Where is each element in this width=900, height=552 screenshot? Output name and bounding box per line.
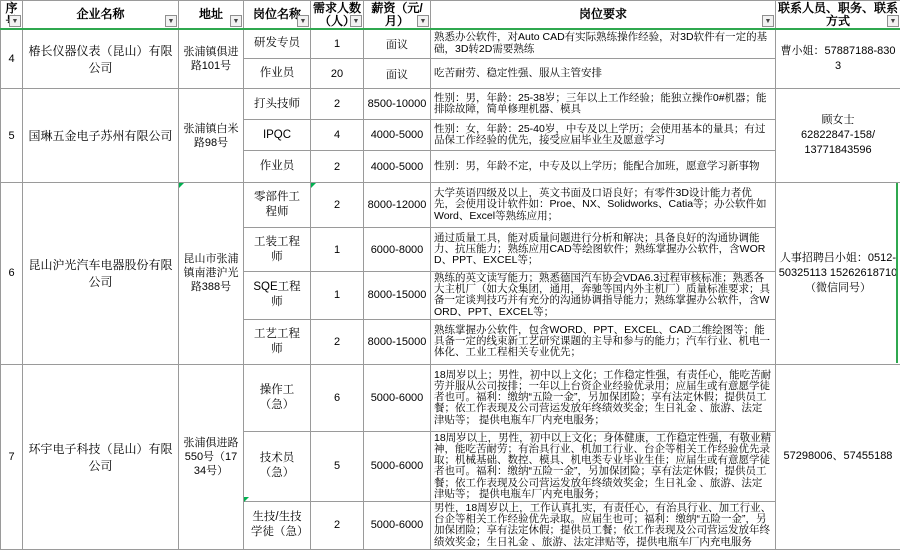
autofilter-dropdown-icon[interactable]: ▼ xyxy=(417,15,429,27)
header-job-requirements[interactable]: 岗位要求▼ xyxy=(431,1,776,29)
position-headcount-cell[interactable]: 1 xyxy=(311,228,364,272)
header-label: 薪资（元/月） xyxy=(371,1,422,28)
position-title-cell[interactable]: 零部件工程师 xyxy=(244,183,311,228)
header-position-name[interactable]: 岗位名称▼ xyxy=(244,1,311,29)
position-salary-cell[interactable]: 5000-6000 xyxy=(364,431,431,501)
position-headcount-cell[interactable]: 20 xyxy=(311,59,364,89)
serial-number-cell[interactable]: 5 xyxy=(1,89,23,183)
position-requirements-cell[interactable]: 性别：女，年龄：25-40岁，中专及以上学历；会使用基本的量具；有过品保工作经验… xyxy=(431,120,776,151)
header-company-name[interactable]: 企业名称▼ xyxy=(23,1,179,29)
position-headcount-cell[interactable]: 2 xyxy=(311,151,364,183)
company-contact-cell[interactable]: 曹小姐：57887188-8303 xyxy=(776,29,900,89)
position-salary-cell[interactable]: 8000-15000 xyxy=(364,272,431,320)
header-label: 企业名称 xyxy=(76,7,124,21)
table-header-row: 序号▼ 企业名称▼ 地址▼ 岗位名称▼ 需求人数（人）▼ 薪资（元/月）▼ 岗位… xyxy=(1,1,900,29)
position-title-cell[interactable]: 研发专员 xyxy=(244,29,311,59)
header-label: 岗位要求 xyxy=(579,7,627,21)
position-requirements-cell[interactable]: 大学英语四级及以上，英文书面及口语良好；有零件3D设计能力者优先，会使用设计软件… xyxy=(431,183,776,228)
company-address-cell[interactable]: 昆山市张浦镇南港沪光路388号 xyxy=(179,183,244,365)
company-name-cell[interactable]: 昆山沪光汽车电器股份有限公司 xyxy=(23,183,179,365)
position-row: 6昆山沪光汽车电器股份有限公司昆山市张浦镇南港沪光路388号零部件工程师2800… xyxy=(1,183,900,228)
position-salary-cell[interactable]: 8500-10000 xyxy=(364,89,431,120)
position-salary-cell[interactable]: 5000-6000 xyxy=(364,364,431,431)
serial-number-cell[interactable]: 6 xyxy=(1,183,23,365)
position-salary-cell[interactable]: 8000-15000 xyxy=(364,319,431,364)
position-headcount-cell[interactable]: 2 xyxy=(311,183,364,228)
company-name-cell[interactable]: 国琳五金电子苏州有限公司 xyxy=(23,89,179,183)
autofilter-dropdown-icon[interactable]: ▼ xyxy=(230,15,242,27)
position-requirements-cell[interactable]: 熟练的英文读写能力；熟悉德国汽车协会VDA6.3过程审核标准；熟悉各大主机厂（如… xyxy=(431,272,776,320)
position-title-cell[interactable]: 工艺工程师 xyxy=(244,319,311,364)
position-headcount-cell[interactable]: 2 xyxy=(311,89,364,120)
position-headcount-cell[interactable]: 1 xyxy=(311,272,364,320)
position-title-cell[interactable]: 技术员（急） xyxy=(244,431,311,501)
company-contact-cell[interactable]: 人事招聘吕小姐：0512- 50325113 15262618710 （微信同号… xyxy=(776,183,900,365)
header-salary[interactable]: 薪资（元/月）▼ xyxy=(364,1,431,29)
header-label: 联系人员、职务、联系方式 xyxy=(778,1,898,28)
position-salary-cell[interactable]: 8000-12000 xyxy=(364,183,431,228)
position-title-cell[interactable]: SQE工程师 xyxy=(244,272,311,320)
company-name-cell[interactable]: 椿长仪器仪表（昆山）有限公司 xyxy=(23,29,179,89)
position-row: 4椿长仪器仪表（昆山）有限公司张浦镇俱进路101号研发专员1面议熟悉办公软件，对… xyxy=(1,29,900,59)
autofilter-dropdown-icon[interactable]: ▼ xyxy=(762,15,774,27)
position-headcount-cell[interactable]: 1 xyxy=(311,29,364,59)
autofilter-dropdown-icon[interactable]: ▼ xyxy=(165,15,177,27)
position-row: 7环宇电子科技（昆山）有限公司张浦俱进路550号（1734号）操作工（急）650… xyxy=(1,364,900,431)
company-name-cell[interactable]: 环宇电子科技（昆山）有限公司 xyxy=(23,364,179,549)
position-title-cell[interactable]: 作业员 xyxy=(244,59,311,89)
position-headcount-cell[interactable]: 2 xyxy=(311,502,364,550)
position-title-cell[interactable]: 工装工程师 xyxy=(244,228,311,272)
position-title-cell[interactable]: 作业员 xyxy=(244,151,311,183)
position-title-cell[interactable]: 生技/生技学徒（急） xyxy=(244,502,311,550)
position-requirements-cell[interactable]: 熟悉办公软件，对Auto CAD有实际熟练操作经验，对3D软件有一定的基础，3D… xyxy=(431,29,776,59)
header-label: 岗位名称 xyxy=(253,7,301,21)
position-requirements-cell[interactable]: 性别：男，年龄：25-38岁；三年以上工作经验；能独立操作0#机器；能排除故障，… xyxy=(431,89,776,120)
autofilter-dropdown-icon[interactable]: ▼ xyxy=(9,15,21,27)
header-label: 地址 xyxy=(199,7,223,21)
position-salary-cell[interactable]: 4000-5000 xyxy=(364,120,431,151)
position-requirements-cell[interactable]: 男性，18周岁以上，工作认真扎实，有责任心，有治具行业、加工行业、台企等相关工作… xyxy=(431,502,776,550)
company-contact-cell[interactable]: 顾女士 62822847-158/ 13771843596 xyxy=(776,89,900,183)
serial-number-cell[interactable]: 4 xyxy=(1,29,23,89)
header-serial-number[interactable]: 序号▼ xyxy=(1,1,23,29)
position-title-cell[interactable]: 操作工（急） xyxy=(244,364,311,431)
table-body: 4椿长仪器仪表（昆山）有限公司张浦镇俱进路101号研发专员1面议熟悉办公软件，对… xyxy=(1,29,900,550)
position-salary-cell[interactable]: 面议 xyxy=(364,29,431,59)
autofilter-dropdown-icon[interactable]: ▼ xyxy=(887,15,899,27)
company-contact-cell[interactable]: 57298006、57455188 xyxy=(776,364,900,549)
company-address-cell[interactable]: 张浦镇俱进路101号 xyxy=(179,29,244,89)
position-headcount-cell[interactable]: 2 xyxy=(311,319,364,364)
autofilter-dropdown-icon[interactable]: ▼ xyxy=(350,15,362,27)
position-title-cell[interactable]: 打头技师 xyxy=(244,89,311,120)
position-salary-cell[interactable]: 5000-6000 xyxy=(364,502,431,550)
company-address-cell[interactable]: 张浦镇白米路98号 xyxy=(179,89,244,183)
position-salary-cell[interactable]: 6000-8000 xyxy=(364,228,431,272)
autofilter-dropdown-icon[interactable]: ▼ xyxy=(297,15,309,27)
position-requirements-cell[interactable]: 18周岁以上；男性，初中以上文化；工作稳定性强，有责任心，能吃苦耐劳并服从公司按… xyxy=(431,364,776,431)
company-address-cell[interactable]: 张浦俱进路550号（1734号） xyxy=(179,364,244,549)
position-salary-cell[interactable]: 4000-5000 xyxy=(364,151,431,183)
position-requirements-cell[interactable]: 通过质量工具，能对质量问题进行分析和解决；具备良好的沟通协调能力、抗压能力；熟练… xyxy=(431,228,776,272)
position-title-cell[interactable]: IPQC xyxy=(244,120,311,151)
position-headcount-cell[interactable]: 6 xyxy=(311,364,364,431)
position-requirements-cell[interactable]: 18周岁以上，男性，初中以上文化；身体健康，工作稳定性强，有敬业精神，能吃苦耐劳… xyxy=(431,431,776,501)
position-salary-cell[interactable]: 面议 xyxy=(364,59,431,89)
position-headcount-cell[interactable]: 4 xyxy=(311,120,364,151)
position-requirements-cell[interactable]: 吃苦耐劳、稳定性强、服从主管安排 xyxy=(431,59,776,89)
header-headcount[interactable]: 需求人数（人）▼ xyxy=(311,1,364,29)
spreadsheet-viewport: 序号▼ 企业名称▼ 地址▼ 岗位名称▼ 需求人数（人）▼ 薪资（元/月）▼ 岗位… xyxy=(0,0,900,552)
position-requirements-cell[interactable]: 熟练掌握办公软件，包含WORD、PPT、EXCEL、CAD二维绘图等；能具备一定… xyxy=(431,319,776,364)
recruitment-table: 序号▼ 企业名称▼ 地址▼ 岗位名称▼ 需求人数（人）▼ 薪资（元/月）▼ 岗位… xyxy=(0,0,900,550)
header-contact-info[interactable]: 联系人员、职务、联系方式▼ xyxy=(776,1,900,29)
position-row: 5国琳五金电子苏州有限公司张浦镇白米路98号打头技师28500-10000性别：… xyxy=(1,89,900,120)
serial-number-cell[interactable]: 7 xyxy=(1,364,23,549)
position-requirements-cell[interactable]: 性别：男，年龄不定，中专及以上学历；能配合加班，愿意学习新事物 xyxy=(431,151,776,183)
header-address[interactable]: 地址▼ xyxy=(179,1,244,29)
position-headcount-cell[interactable]: 5 xyxy=(311,431,364,501)
